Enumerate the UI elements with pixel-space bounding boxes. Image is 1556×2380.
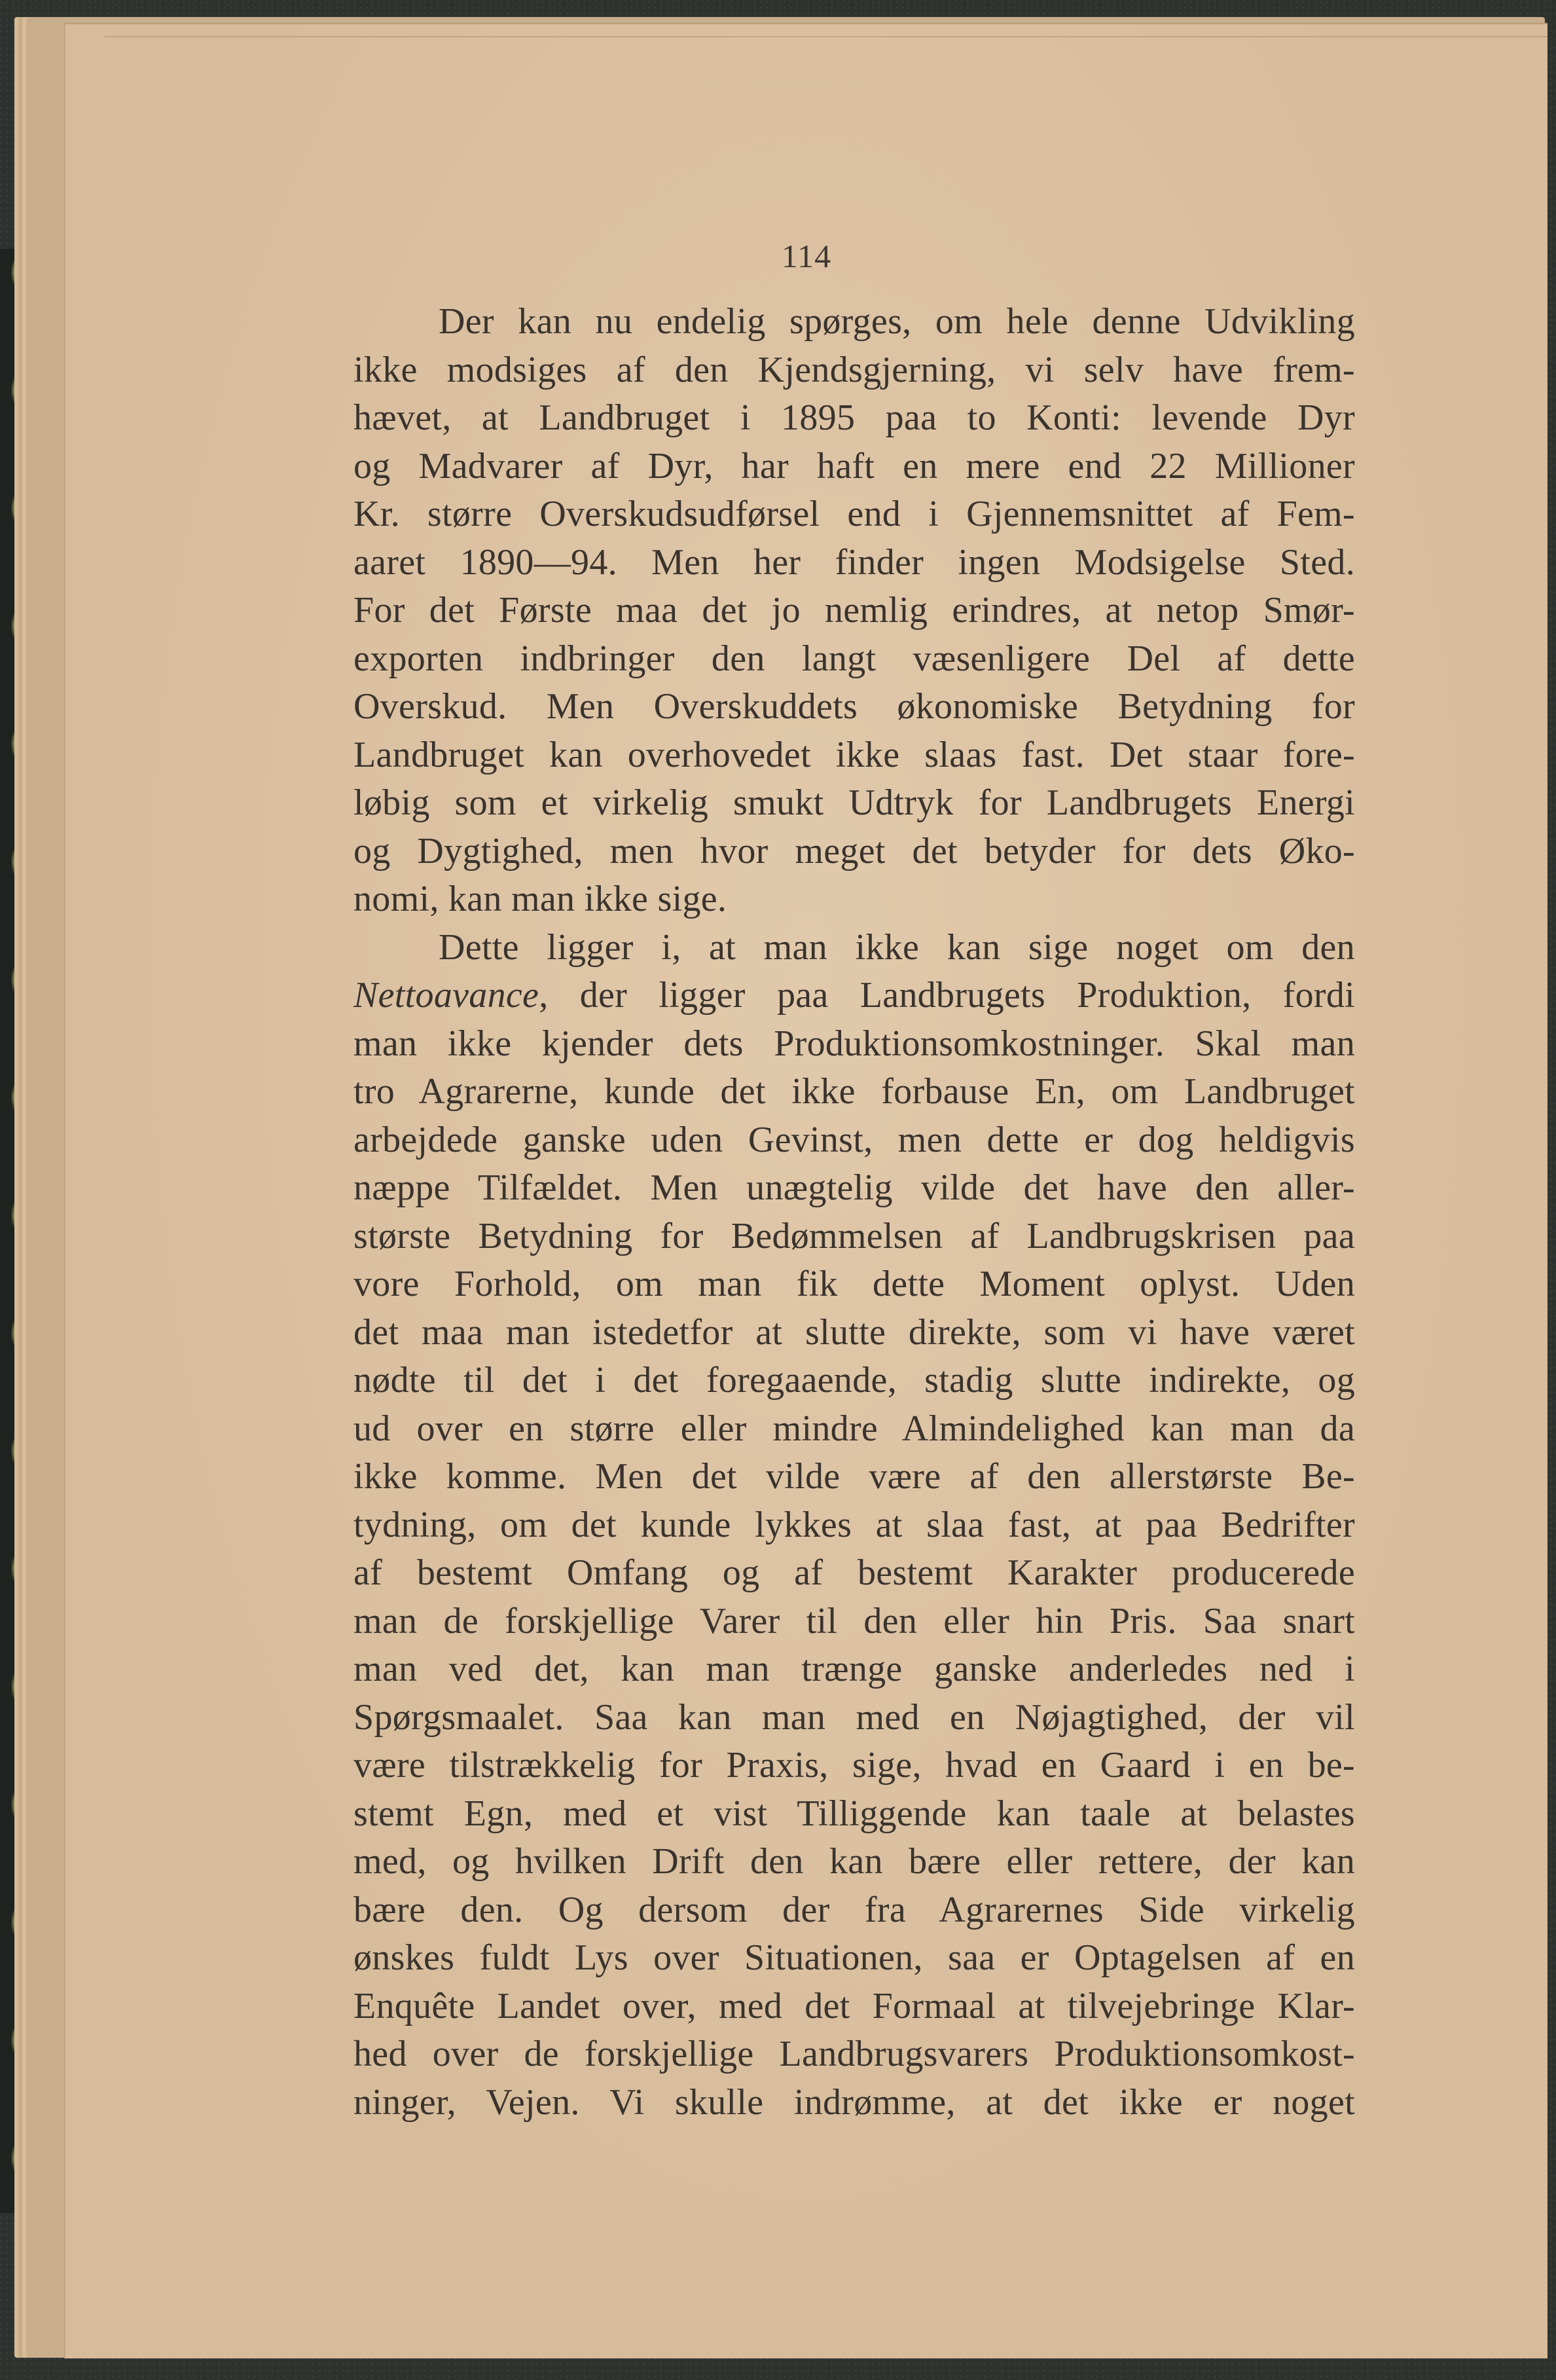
text-line: ikke komme. Men det vilde være af den al… (353, 1453, 1355, 1501)
text-line: Overskud. Men Overskuddets økonomiske Be… (353, 683, 1355, 731)
text-line: være tilstrækkelig for Praxis, sige, hva… (353, 1742, 1355, 1790)
text-line: man ikke kjender dets Produktionsomkostn… (353, 1020, 1355, 1069)
text-line: af bestemt Omfang og af bestemt Karakter… (353, 1549, 1355, 1598)
text-line: hævet, at Landbruget i 1895 paa to Konti… (353, 394, 1355, 443)
text-line: Spørgsmaalet. Saa kan man med en Nøjagti… (353, 1694, 1355, 1742)
paragraph-2: Dette ligger i, at man ikke kan sige nog… (353, 924, 1355, 2127)
text-line-rest: , der ligger paa Landbrugets Produktion,… (539, 975, 1355, 1016)
text-line: ninger, Vejen. Vi skulle indrømme, at de… (353, 2079, 1355, 2127)
text-line: ud over en større eller mindre Almindeli… (353, 1405, 1355, 1454)
text-line: ikke modsiges af den Kjendsgjerning, vi … (353, 346, 1355, 395)
text-line: bære den. Og dersom der fra Agrarernes S… (353, 1886, 1355, 1935)
text-line: og Dygtighed, men hvor meget det betyder… (353, 828, 1355, 876)
text-line: Der kan nu endelig spørges, om hele denn… (353, 298, 1355, 346)
text-line: man ved det, kan man trænge ganske ander… (353, 1645, 1355, 1694)
text-line: største Betydning for Bedømmelsen af Lan… (353, 1213, 1355, 1261)
text-line: med, og hvilken Drift den kan bære eller… (353, 1838, 1355, 1886)
text-line: Landbruget kan overhovedet ikke slaas fa… (353, 731, 1355, 780)
text-line: Kr. større Overskudsudførsel end i Gjenn… (353, 490, 1355, 539)
text-line: det maa man istedetfor at slutte direkte… (353, 1309, 1355, 1357)
text-line: ønskes fuldt Lys over Situationen, saa e… (353, 1934, 1355, 1983)
text-line: Enquête Landet over, med det Formaal at … (353, 1983, 1355, 2031)
text-line: og Madvarer af Dyr, har haft en mere end… (353, 443, 1355, 491)
text-line: tydning, om det kunde lykkes at slaa fas… (353, 1501, 1355, 1550)
text-line: For det Første maa det jo nemlig erindre… (353, 587, 1355, 635)
text-line: stemt Egn, med et vist Tilliggende kan t… (353, 1790, 1355, 1839)
text-line: hed over de forskjellige Landbrugsvarers… (353, 2030, 1355, 2079)
text-line: arbejdede ganske uden Gevinst, men dette… (353, 1116, 1355, 1165)
italic-term: Nettoavance (353, 975, 539, 1016)
text-line: Dette ligger i, at man ikke kan sige nog… (353, 924, 1355, 972)
text-line: næppe Tilfældet. Men unægtelig vilde det… (353, 1164, 1355, 1213)
text-line: nødte til det i det foregaaende, stadig … (353, 1357, 1355, 1405)
text-line: exporten indbringer den langt væsenliger… (353, 635, 1355, 684)
text-line: tro Agrarerne, kunde det ikke forbause E… (353, 1068, 1355, 1116)
body-text: Der kan nu endelig spørges, om hele denn… (353, 298, 1355, 2127)
text-line: man de forskjellige Varer til den eller … (353, 1598, 1355, 1646)
text-line: nomi, kan man ikke sige. (353, 875, 1355, 924)
text-line-with-italic: Nettoavance, der ligger paa Landbrugets … (353, 972, 1355, 1020)
text-line: løbig som et virkelig smukt Udtryk for L… (353, 779, 1355, 828)
page-number: 114 (65, 237, 1547, 275)
text-line: aaret 1890—94. Men her finder ingen Mods… (353, 539, 1355, 587)
text-line: vore Forhold, om man fik dette Moment op… (353, 1260, 1355, 1309)
paragraph-1: Der kan nu endelig spørges, om hele denn… (353, 298, 1355, 924)
